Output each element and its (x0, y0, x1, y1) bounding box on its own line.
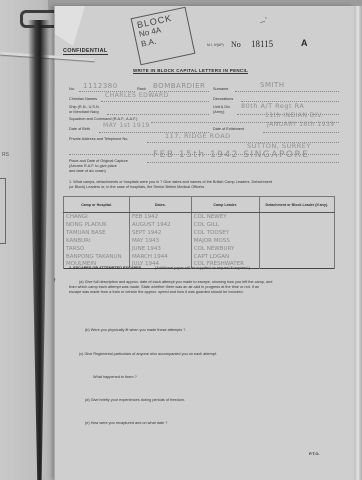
address-field-line-2[interactable]: SUTTON, SURREY (247, 142, 311, 150)
question-2c: (c) Give Regimental particulars of anyon… (79, 352, 217, 357)
question-2b: (b) Were you physically fit when you mad… (85, 328, 185, 333)
christian-names-field[interactable]: CHARLES EDWARD (105, 92, 169, 99)
camp-leader-cell[interactable]: COL NEWBURY (191, 245, 259, 253)
column-header-camp: Camp or Hospital. (64, 197, 130, 213)
table-row: BANPONG TAKANUN MARCH 1944 CAPT LOGAN (64, 253, 335, 261)
capture-label: Place and Date of Original Capture (Airc… (69, 159, 128, 174)
question-2d: (d) Give briefly your experiences during… (85, 398, 185, 403)
dates-cell[interactable]: MARCH 1944 (129, 253, 191, 261)
question-1: 1. What camps, detachments or hospitals … (69, 180, 345, 190)
address-label: Private Address and Telephone No. (69, 137, 128, 142)
table-row: TAMUAN BASE SEPT 1942 COL TOOSEY (64, 229, 335, 237)
camp-leader-cell[interactable]: MAJOR MOSS (191, 237, 259, 245)
question-2c-followup: What happened to them ? (93, 375, 137, 380)
camp-cell[interactable]: KANBURI (64, 237, 130, 245)
date-of-birth-field[interactable]: MAY 1st 1919 (103, 122, 150, 129)
rank-field[interactable]: BOMBARDIER (153, 82, 205, 90)
unit-field-line-2[interactable]: 11th INDIAN DIV. (265, 112, 323, 119)
dates-cell[interactable]: AUGUST 1942 (129, 221, 191, 229)
date-of-birth-label: Date of Birth (69, 127, 90, 132)
question-2a: (a) Give full description and approx. da… (69, 280, 345, 295)
camp-leader-cell[interactable]: COL NEWEY (191, 213, 259, 221)
detachment-leader-cell[interactable] (259, 213, 334, 221)
ship-label-line-2: or Merchant Navy (69, 110, 100, 115)
decorations-label: Decorations (213, 97, 233, 102)
form-number-label: No (231, 40, 241, 49)
dates-cell[interactable]: SEPT 1942 (129, 229, 191, 237)
section-2-note: (Additional paper will be supplied on re… (155, 266, 250, 271)
camp-leader-cell[interactable]: CAPT LOGAN (191, 253, 259, 261)
capture-label-line-3: and date of a/c crash) (69, 169, 128, 174)
camps-table: Camp or Hospital. Dates. Camp Leader. De… (63, 196, 335, 269)
underlying-page-text: RS (2, 152, 9, 158)
margin-mark: f (54, 278, 55, 284)
surname-label: Surname (213, 87, 228, 92)
dates-cell[interactable]: FEB 1942 (129, 213, 191, 221)
column-header-detachment-leader: Detachment or Block Leader (if any). (259, 197, 334, 213)
question-2a-line-3: escape was made from a train or vehicle … (69, 290, 345, 295)
capture-field[interactable]: FEB 15th 1942 SINGAPORE (153, 150, 309, 160)
camp-cell[interactable]: BANPONG TAKANUN (64, 253, 130, 261)
form-number: 18115 (251, 39, 273, 49)
column-header-dates: Dates. (129, 197, 191, 213)
detachment-leader-cell[interactable] (259, 237, 334, 245)
table-row: TARSO JUNE 1943 COL NEWBURY (64, 245, 335, 253)
address-field-line-1[interactable]: 117, RIDGE ROAD (165, 132, 231, 140)
no-label: No. (69, 87, 75, 92)
table-row: CHANGI FEB 1942 COL NEWEY (64, 213, 335, 221)
document-page: BLOCK No 4A B.A. –’ CONFIDENTIAL M.I. 9/… (54, 6, 354, 480)
camp-cell[interactable]: TARSO (64, 245, 130, 253)
folded-corner (55, 6, 85, 46)
unit-label: Unit & Div. (Army) (213, 105, 231, 115)
form-suffix: A (301, 38, 308, 48)
camp-leader-cell[interactable]: COL GILL (191, 221, 259, 229)
table-row: NONG PLADUK AUGUST 1942 COL GILL (64, 221, 335, 229)
question-1-line-2: (or Block) Leaders or, in the case of ho… (69, 185, 345, 190)
camp-cell[interactable]: TAMUAN BASE (64, 229, 130, 237)
underlying-page-box (0, 178, 6, 244)
enlistment-field[interactable]: JANUARY 16th 1939 (267, 121, 335, 128)
camp-cell[interactable]: CHANGI (64, 213, 130, 221)
ship-label: Ship (R.N., U.S.N. or Merchant Navy (69, 105, 100, 115)
form-reference: M.I. 9/(AP) (207, 43, 224, 47)
question-2e: (e) How were you recaptured and on what … (85, 421, 167, 426)
confidential-label: CONFIDENTIAL (63, 48, 108, 55)
table-row: KANBURI MAY 1943 MAJOR MOSS (64, 237, 335, 245)
no-field[interactable]: 1112380 (83, 82, 118, 90)
detachment-leader-cell[interactable] (259, 221, 334, 229)
christian-names-label: Christian Names (69, 97, 97, 102)
unit-label-line-2: (Army) (213, 110, 231, 115)
section-2-title: 2. ESCAPES OR ATTEMPTED ESCAPES. (69, 266, 142, 271)
please-turn-over: P.T.O. (309, 451, 320, 456)
surname-field[interactable]: SMITH (260, 81, 285, 89)
detachment-leader-cell[interactable] (259, 253, 334, 261)
dates-cell[interactable]: MAY 1943 (129, 237, 191, 245)
table-header-row: Camp or Hospital. Dates. Camp Leader. De… (64, 197, 335, 213)
column-header-camp-leader: Camp Leader. (191, 197, 259, 213)
detachment-leader-cell[interactable] (259, 245, 334, 253)
handwritten-mark: –’ (259, 15, 268, 26)
block-stamp: BLOCK No 4A B.A. (131, 7, 196, 66)
camp-cell[interactable]: NONG PLADUK (64, 221, 130, 229)
detachment-leader-cell[interactable] (259, 229, 334, 237)
detachment-leader-cell[interactable] (259, 261, 334, 269)
dates-cell[interactable]: JUNE 1943 (129, 245, 191, 253)
camp-leader-cell[interactable]: COL TOOSEY (191, 229, 259, 237)
page-edge (354, 6, 362, 480)
unit-field-line-1[interactable]: 80th A/T Regt RA (241, 102, 304, 110)
form-instruction: WRITE IN BLOCK CAPITAL LETTERS IN PENCIL (133, 68, 248, 74)
